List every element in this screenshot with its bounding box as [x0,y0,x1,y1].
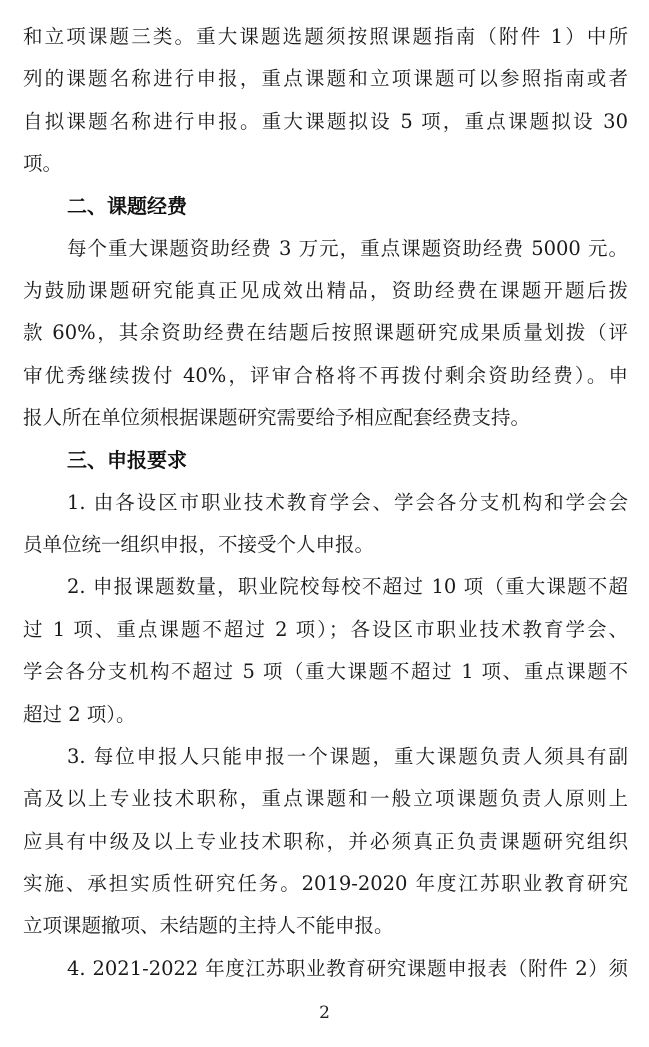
text-line: 超过 2 项）。 [23,694,628,736]
text-line: 高及以上专业技术职称，重点课题和一般立项课题负责人原则上 [23,778,628,820]
text-line: 自拟课题名称进行申报。重大课题拟设 5 项，重点课题拟设 30 [23,101,628,143]
text-line: 为鼓励课题研究能真正见成效出精品，资助经费在课题开题后拨 [23,270,628,312]
document-page: 和立项课题三类。重大课题选题须按照课题指南（附件 1）中所列的课题名称进行申报，… [0,0,649,1047]
document-body: 和立项课题三类。重大课题选题须按照课题指南（附件 1）中所列的课题名称进行申报，… [23,16,628,990]
section-heading: 三、申报要求 [23,439,628,481]
text-line: 立项课题撤项、未结题的主持人不能申报。 [23,905,628,947]
text-line: 应具有中级及以上专业技术职称，并必须真正负责课题研究组织 [23,821,628,863]
text-line: 3. 每位申报人只能申报一个课题，重大课题负责人须具有副 [23,736,628,778]
text-line: 员单位统一组织申报，不接受个人申报。 [23,524,628,566]
text-line: 实施、承担实质性研究任务。2019-2020 年度江苏职业教育研究 [23,863,628,905]
text-line: 审优秀继续拨付 40%，评审合格将不再拨付剩余资助经费）。申 [23,355,628,397]
section-heading: 二、课题经费 [23,185,628,227]
text-line: 和立项课题三类。重大课题选题须按照课题指南（附件 1）中所 [23,16,628,58]
text-line: 每个重大课题资助经费 3 万元，重点课题资助经费 5000 元。 [23,228,628,270]
text-line: 1. 由各设区市职业技术教育学会、学会各分支机构和学会会 [23,482,628,524]
page-number: 2 [0,1000,649,1026]
text-line: 4. 2021-2022 年度江苏职业教育研究课题申报表（附件 2）须 [23,948,628,990]
text-line: 学会各分支机构不超过 5 项（重大课题不超过 1 项、重点课题不 [23,651,628,693]
text-line: 款 60%，其余资助经费在结题后按照课题研究成果质量划拨（评 [23,312,628,354]
text-line: 列的课题名称进行申报，重点课题和立项课题可以参照指南或者 [23,58,628,100]
text-line: 过 1 项、重点课题不超过 2 项）；各设区市职业技术教育学会、 [23,609,628,651]
text-line: 2. 申报课题数量，职业院校每校不超过 10 项（重大课题不超 [23,566,628,608]
text-line: 项。 [23,143,628,185]
text-line: 报人所在单位须根据课题研究需要给予相应配套经费支持。 [23,397,628,439]
